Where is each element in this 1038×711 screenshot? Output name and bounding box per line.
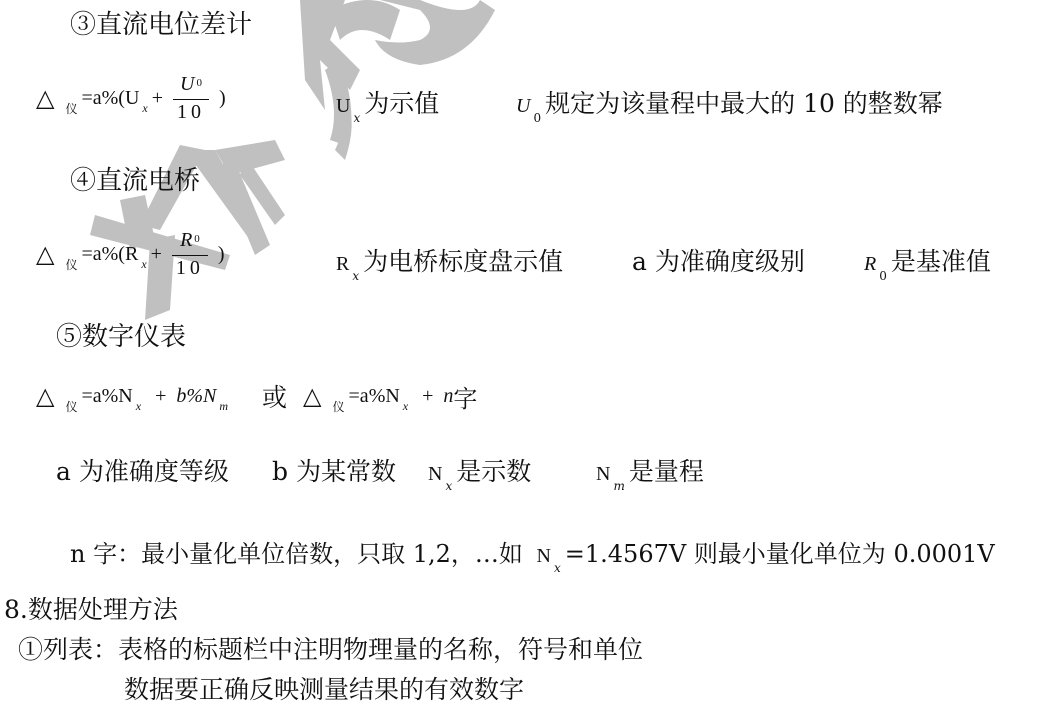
var-subscript: x	[141, 257, 146, 272]
note-rx: Rx为电桥标度盘示值	[336, 242, 563, 278]
fraction: U0 10	[173, 72, 209, 124]
fraction-numerator-subscript: 0	[194, 233, 200, 245]
symbol-subscript: x	[352, 269, 359, 283]
list-item-tabulation-line1: ①列表：表格的标题栏中注明物理量的名称，符号和单位	[18, 630, 643, 666]
note-r0: R0是基准值	[864, 242, 991, 278]
formula-part2: n	[443, 385, 453, 408]
var-subscript: x	[142, 101, 147, 116]
fraction-denominator: 10	[177, 100, 205, 124]
delta-symbol: △	[303, 382, 321, 411]
note-text: 为电桥标度盘示值	[363, 247, 563, 276]
note-text: 为示值	[364, 89, 439, 118]
plus-sign: +	[152, 87, 163, 110]
formula-part1: =a%N	[349, 385, 400, 408]
formula-digital-1: △ 仪 =a%N x + b%N m 或 △ 仪 =a%N x + n 字	[36, 378, 477, 414]
part1-subscript: x	[403, 399, 408, 414]
plus-sign: +	[155, 385, 166, 408]
part1-subscript: x	[136, 399, 141, 414]
formula-part2-suffix: 字	[453, 379, 477, 414]
fraction: R0 10	[172, 228, 208, 280]
note-text: 规定为该量程中最大的 10 的整数幂	[545, 89, 943, 118]
symbol-u: U	[336, 95, 350, 117]
symbol-subscript: x	[445, 479, 452, 493]
note-b: b 为某常数	[272, 452, 396, 488]
or-text: 或	[262, 378, 287, 414]
formula-part1: =a%N	[81, 385, 132, 408]
symbol-subscript: x	[554, 561, 561, 575]
note-u0: U0规定为该量程中最大的 10 的整数幂	[516, 84, 943, 120]
symbol-subscript: 0	[879, 269, 887, 283]
section-heading-data-processing: 8.数据处理方法	[4, 590, 178, 626]
note-text: 是量程	[629, 457, 704, 486]
symbol-subscript: m	[613, 479, 624, 493]
symbol-subscript: 0	[533, 111, 541, 125]
plus-sign: +	[422, 385, 433, 408]
fraction-numerator: U	[180, 73, 194, 95]
list-item-tabulation-line2: 数据要正确反映测量结果的有效数字	[124, 670, 524, 706]
symbol-r: R	[336, 253, 349, 275]
formula-prefix: =a%(R	[81, 243, 138, 266]
note-nm: Nm是量程	[596, 452, 704, 488]
formula-prefix: =a%(U	[81, 87, 139, 110]
note-prefix: n 字：最小量化单位倍数，只取 1,2，…如	[70, 540, 523, 568]
symbol-r0: R	[864, 253, 876, 275]
note-nx: Nx是示数	[428, 452, 531, 488]
symbol-u0: U	[516, 95, 530, 117]
delta-subscript: 仪	[65, 398, 77, 415]
section-heading-digital: ⑤数字仪表	[56, 316, 186, 353]
note-text: 是基准值	[891, 247, 991, 276]
formula-potentiometer: △ 仪 =a%(U x + U0 10 )	[36, 72, 226, 124]
delta-symbol: △	[36, 382, 54, 411]
fraction-denominator: 10	[176, 256, 204, 280]
fraction-numerator: R	[180, 229, 192, 251]
close-paren: )	[219, 87, 226, 110]
symbol-n: N	[428, 463, 442, 485]
note-accuracy-class: a 为准确度级别	[632, 242, 805, 278]
formula-part2: b%N	[176, 385, 216, 408]
delta-subscript: 仪	[65, 100, 77, 117]
section-heading-potentiometer: ③直流电位差计	[70, 4, 252, 41]
delta-symbol: △	[36, 84, 54, 113]
plus-sign: +	[151, 243, 162, 266]
delta-symbol: △	[36, 240, 54, 269]
note-a: a 为准确度等级	[56, 452, 229, 488]
formula-bridge: △ 仪 =a%(R x + R0 10 )	[36, 228, 225, 280]
delta-subscript: 仪	[333, 398, 345, 415]
part2-subscript: m	[219, 399, 228, 414]
note-text: 是示数	[456, 457, 531, 486]
note-ux: Ux为示值	[336, 84, 439, 120]
symbol-n: N	[596, 463, 610, 485]
note-suffix: =1.4567V 则最小量化单位为 0.0001V	[565, 540, 995, 568]
section-heading-bridge: ④直流电桥	[70, 160, 200, 197]
delta-subscript: 仪	[65, 256, 77, 273]
symbol-subscript: x	[353, 111, 360, 125]
close-paren: )	[218, 243, 225, 266]
note-n-digits: n 字：最小量化单位倍数，只取 1,2，…如 Nx=1.4567V 则最小量化单…	[70, 534, 995, 569]
symbol-n: N	[537, 545, 551, 567]
fraction-numerator-subscript: 0	[196, 77, 202, 89]
